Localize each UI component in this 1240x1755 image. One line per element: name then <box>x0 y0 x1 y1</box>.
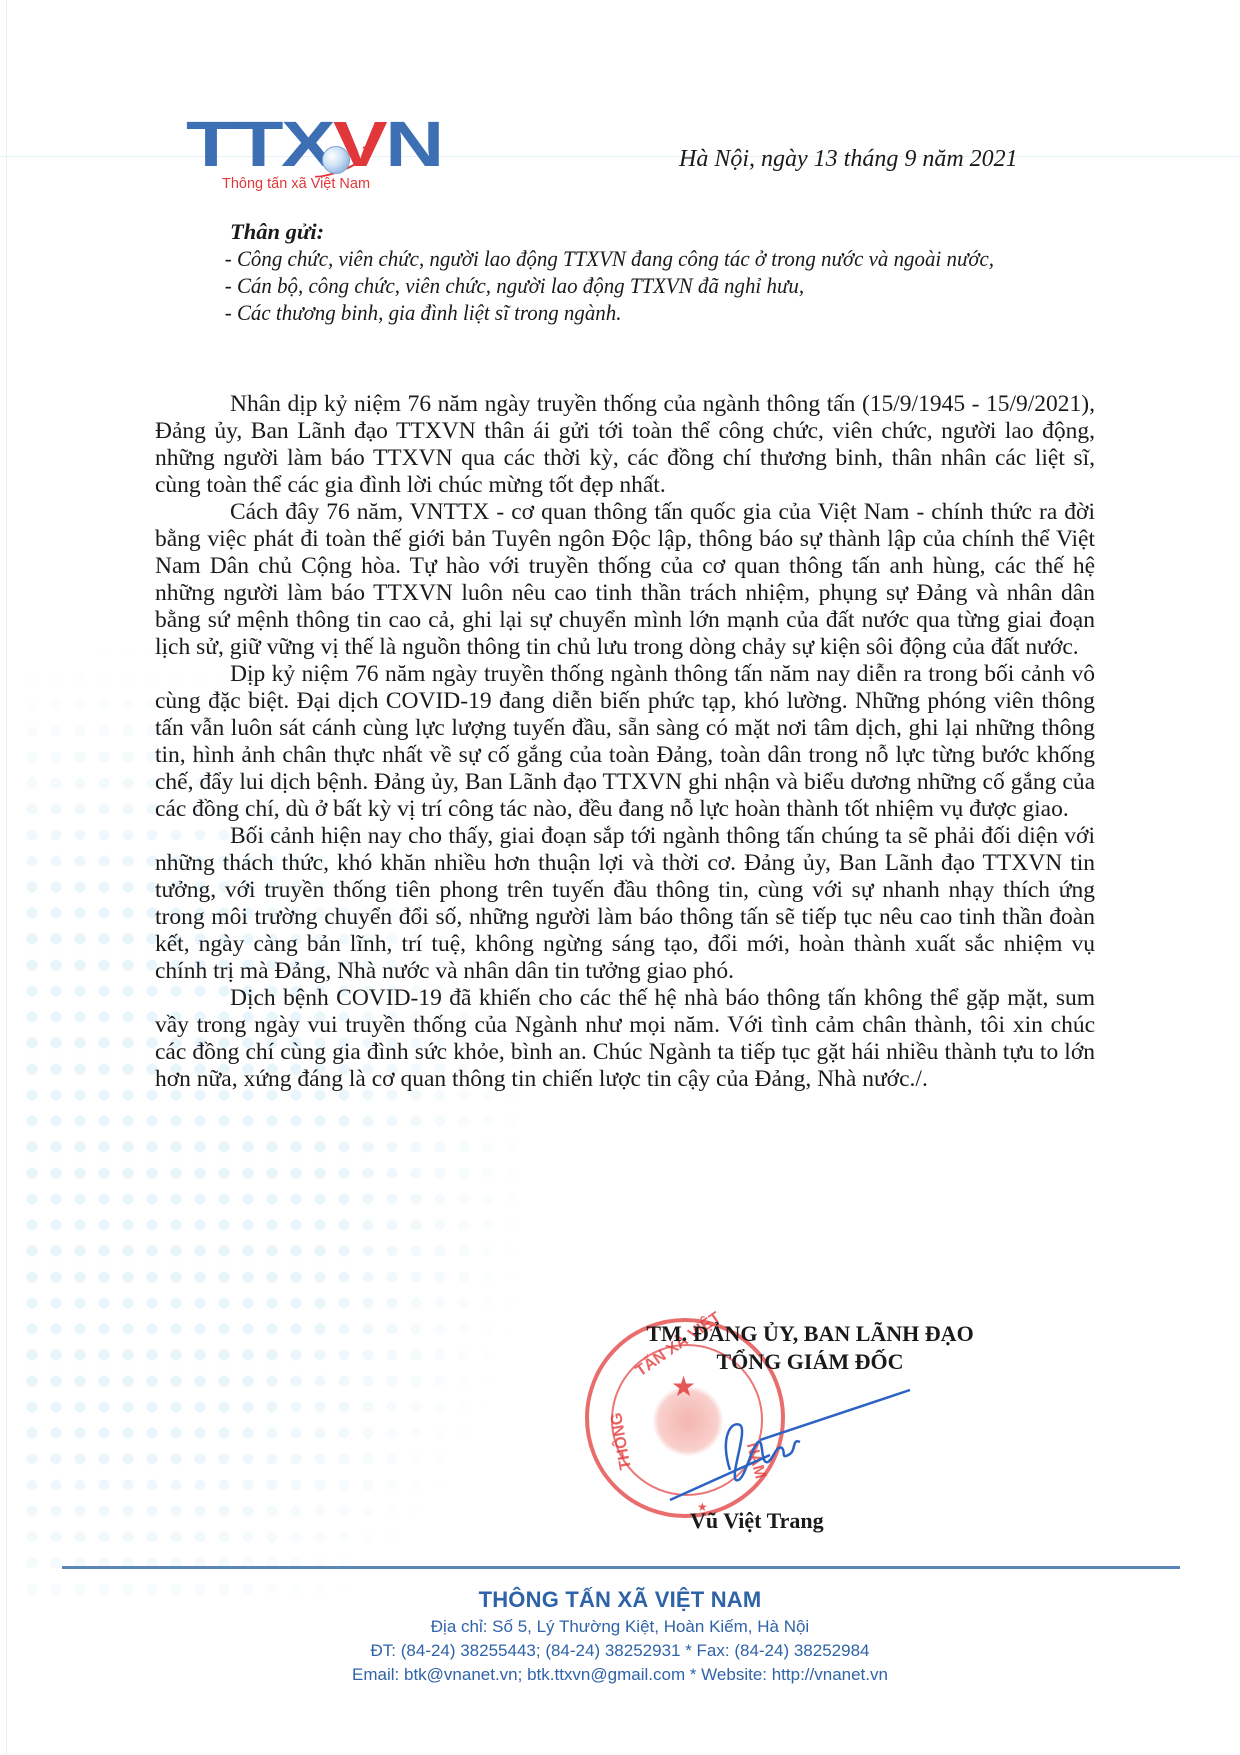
footer-address: Địa chỉ: Số 5, Lý Thường Kiệt, Hoàn Kiếm… <box>0 1615 1240 1639</box>
signature-block: TM. ĐẢNG ỦY, BAN LÃNH ĐẠO TỔNG GIÁM ĐỐC <box>600 1320 1020 1376</box>
signature-title-line2: TỔNG GIÁM ĐỐC <box>600 1348 1020 1376</box>
logo-letter: T <box>186 108 233 180</box>
letter-body: Nhân dịp kỷ niệm 76 năm ngày truyền thốn… <box>155 391 1095 1093</box>
body-paragraph: Dịch bệnh COVID-19 đã khiến cho các thế … <box>155 985 1095 1093</box>
handwritten-signature <box>660 1380 930 1520</box>
signature-title-line1: TM. ĐẢNG ỦY, BAN LÃNH ĐẠO <box>600 1320 1020 1348</box>
page-edge <box>6 0 7 1755</box>
recipient-line: - Các thương binh, gia đình liệt sĩ tron… <box>155 299 1029 326</box>
salutation-heading: Thân gửi: <box>155 218 1095 245</box>
recipient-line: - Cán bộ, công chức, viên chức, người la… <box>155 272 1029 299</box>
recipient-line: - Công chức, viên chức, người lao động T… <box>155 245 1029 272</box>
body-paragraph: Bối cảnh hiện nay cho thấy, giai đoạn sắ… <box>155 823 1095 985</box>
body-paragraph: Dịp kỷ niệm 76 năm ngày truyền thống ngà… <box>155 661 1095 823</box>
date-line: Hà Nội, ngày 13 tháng 9 năm 2021 <box>679 146 1018 173</box>
footer: THÔNG TẤN XÃ VIỆT NAM Địa chỉ: Số 5, Lý … <box>0 1585 1240 1687</box>
signer-name: Vũ Việt Trang <box>690 1508 824 1534</box>
footer-divider <box>62 1566 1180 1569</box>
logo-letter: T <box>233 108 280 180</box>
ttxvn-logo: TTXVN Thông tấn xã Việt Nam <box>186 112 426 196</box>
body-paragraph: Nhân dịp kỷ niệm 76 năm ngày truyền thốn… <box>155 391 1095 499</box>
footer-email-website: Email: btk@vnanet.vn; btk.ttxvn@gmail.co… <box>0 1663 1240 1687</box>
body-paragraph: Cách đây 76 năm, VNTTX - cơ quan thông t… <box>155 499 1095 661</box>
salutation: Thân gửi: - Công chức, viên chức, người … <box>155 218 1095 326</box>
footer-organization: THÔNG TẤN XÃ VIỆT NAM <box>0 1585 1240 1615</box>
logo-tagline: Thông tấn xã Việt Nam <box>222 176 370 192</box>
logo-letter: N <box>385 108 442 180</box>
globe-icon <box>322 146 350 174</box>
footer-phone-fax: ĐT: (84-24) 38255443; (84-24) 38252931 *… <box>0 1639 1240 1663</box>
